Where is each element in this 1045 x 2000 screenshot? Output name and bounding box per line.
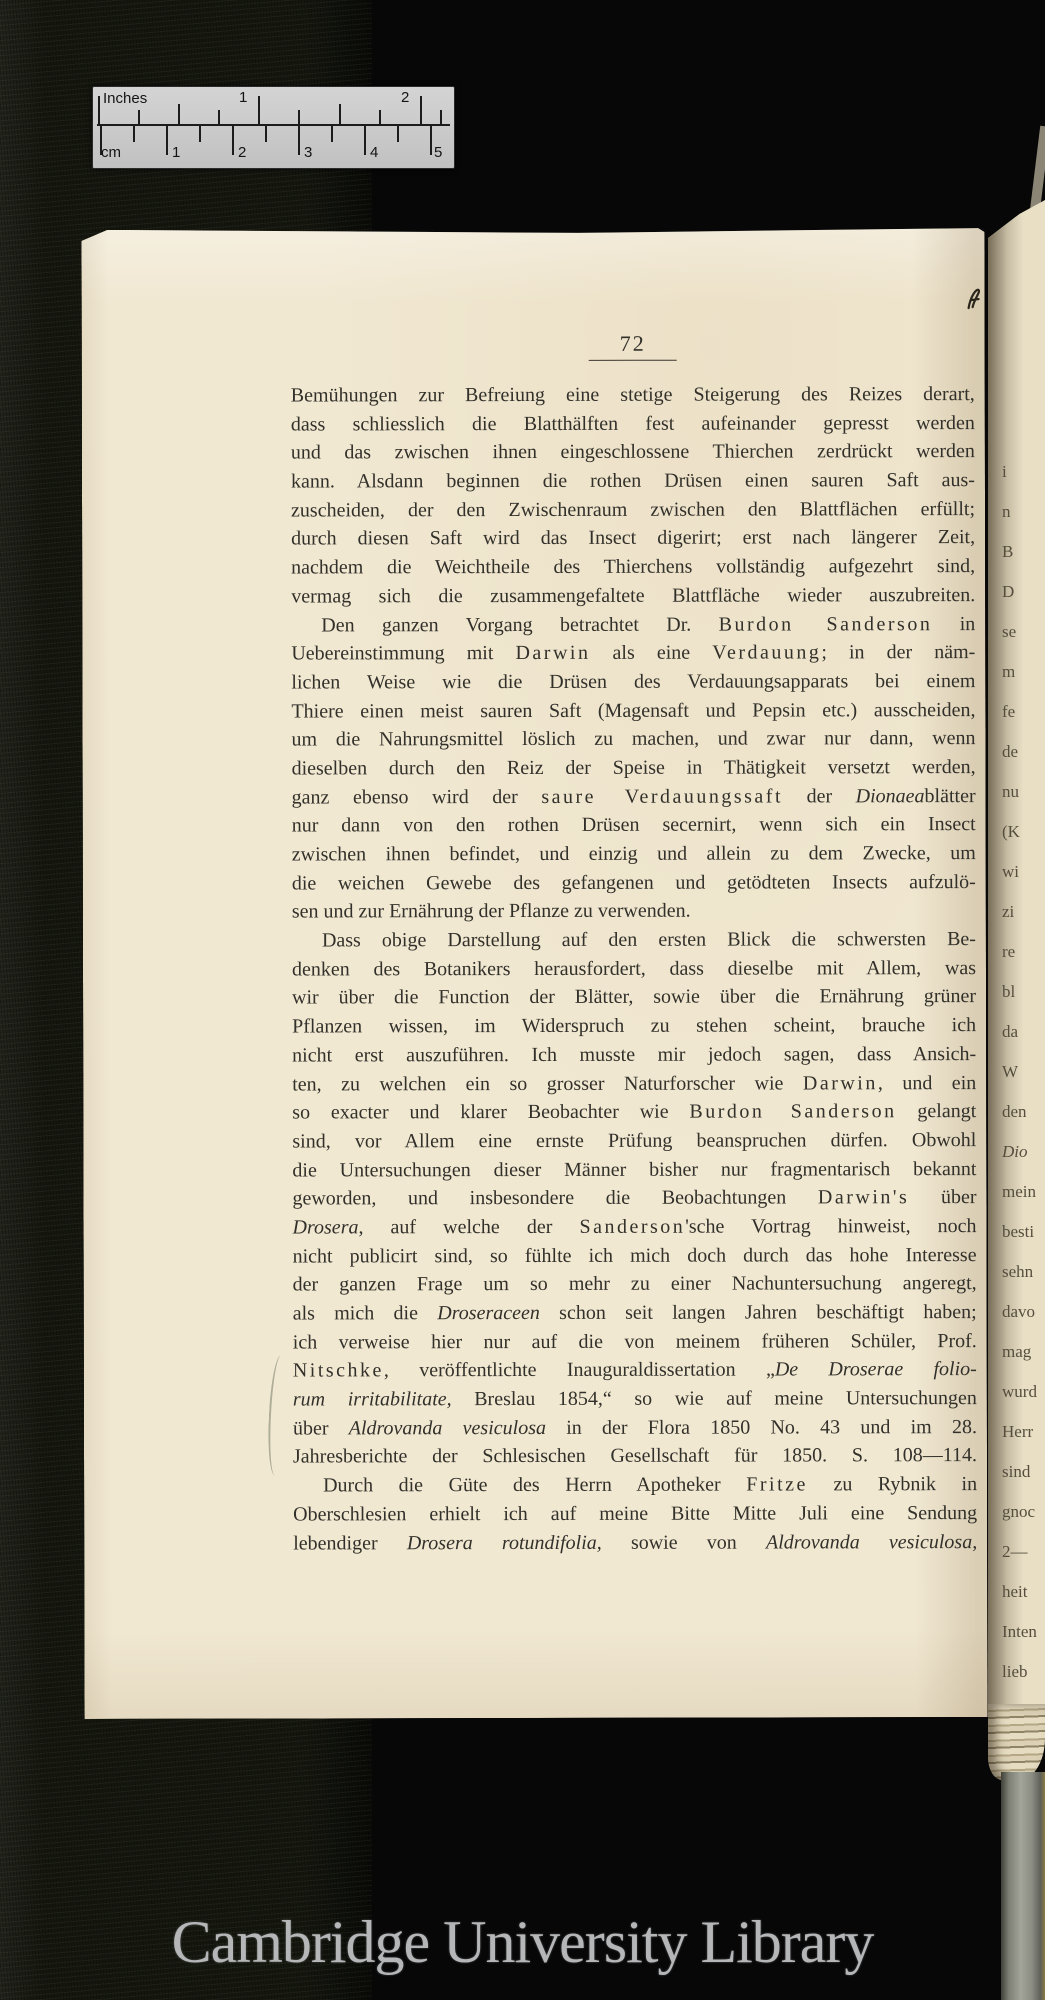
text-line: die weichen Gewebe des gefangenen und ge… bbox=[292, 868, 976, 898]
page-edge-text-fragment: nu bbox=[1002, 772, 1044, 812]
page-edge-text-fragment: heit bbox=[1002, 1572, 1044, 1612]
page-edge-text-fragment: da bbox=[1002, 1012, 1044, 1052]
text-line: dass schliesslich die Blatthälften fest … bbox=[291, 409, 975, 439]
text-line: Jahresberichte der Schlesischen Gesellsc… bbox=[293, 1442, 977, 1472]
page-edge-fragments: inBDsemfedenu(KwizirebldaWdenDiomeinbest… bbox=[1002, 452, 1044, 1692]
page-edge-text-fragment: Inten bbox=[1002, 1612, 1044, 1652]
text-line: geworden, und insbesondere die Beobachtu… bbox=[292, 1183, 976, 1213]
page-edge-text-fragment: mag bbox=[1002, 1332, 1044, 1372]
page-number-rule bbox=[589, 360, 677, 361]
text-line: vermag sich die zusammengefaltete Blattf… bbox=[291, 581, 975, 611]
paragraph: Bemühungen zur Befreiung eine stetige St… bbox=[291, 380, 975, 611]
text-line: so exacter und klarer Beobachter wie Bur… bbox=[292, 1097, 976, 1127]
page-edge-text-fragment: wurd bbox=[1002, 1372, 1044, 1412]
page-edge-text-fragment: bl bbox=[1002, 972, 1044, 1012]
ruler-cm-3: 3 bbox=[304, 144, 312, 161]
text-line: zwischen ihnen befindet, und einzig und … bbox=[292, 839, 976, 869]
page-edge-text-fragment: lieb bbox=[1002, 1652, 1044, 1692]
text-line: ganz ebenso wird der saure Verdauungssaf… bbox=[292, 782, 976, 812]
text-line: Den ganzen Vorgang betrachtet Dr. Burdon… bbox=[291, 610, 975, 640]
ruler-cm-4: 4 bbox=[370, 144, 378, 161]
text-line: Durch die Güte des Herrn Apotheker Fritz… bbox=[293, 1470, 977, 1500]
text-line: über Aldrovanda vesiculosa in der Flora … bbox=[293, 1413, 977, 1443]
text-line: zuscheiden, der den Zwischenraum zwische… bbox=[291, 495, 975, 525]
paragraph: Den ganzen Vorgang betrachtet Dr. Burdon… bbox=[291, 610, 976, 927]
text-line: Dass obige Darstellung auf den ersten Bl… bbox=[292, 925, 976, 955]
page-edge-text-fragment: besti bbox=[1002, 1212, 1044, 1252]
page-edge-text-fragment: sind bbox=[1002, 1452, 1044, 1492]
ruler-cm-1: 1 bbox=[172, 144, 180, 161]
text-line: Thiere einen meist sauren Saft (Magensaf… bbox=[291, 696, 975, 726]
page-edge-text-fragment: (K bbox=[1002, 812, 1044, 852]
text-line: lebendiger Drosera rotundifolia, sowie v… bbox=[293, 1528, 977, 1558]
text-line: nicht erst auszuführen. Ich musste mir j… bbox=[292, 1040, 976, 1070]
paragraph: Durch die Güte des Herrn Apotheker Fritz… bbox=[293, 1470, 977, 1557]
page-edge-text-fragment: n bbox=[1002, 492, 1044, 532]
ruler-unit-inches: Inches bbox=[103, 90, 147, 107]
page-edge-text-fragment: W bbox=[1002, 1052, 1044, 1092]
page-edge-text-fragment: de bbox=[1002, 732, 1044, 772]
text-line: Bemühungen zur Befreiung eine stetige St… bbox=[291, 380, 975, 410]
page-edge-text-fragment: wi bbox=[1002, 852, 1044, 892]
ruler-cm-5: 5 bbox=[434, 144, 442, 161]
page-number-value: 72 bbox=[620, 331, 646, 356]
text-line: als mich die Droseraceen schon seit lang… bbox=[293, 1298, 977, 1328]
text-line: sind, vor Allem eine ernste Prüfung bean… bbox=[292, 1126, 976, 1156]
page-edge-text-fragment: mein bbox=[1002, 1172, 1044, 1212]
ruler-unit-cm: cm bbox=[101, 144, 121, 161]
page-edge-text-fragment: se bbox=[1002, 612, 1044, 652]
scanned-page: 72 Bemühungen zur Befreiung eine stetige… bbox=[81, 228, 987, 1719]
page-edge-text-fragment: B bbox=[1002, 532, 1044, 572]
ink-mark bbox=[966, 286, 984, 310]
next-page-edge: inBDsemfedenu(KwizirebldaWdenDiomeinbest… bbox=[988, 200, 1045, 1712]
page-edge-text-fragment: gnoc bbox=[1002, 1492, 1044, 1532]
pencil-margin-mark bbox=[266, 1355, 290, 1476]
text-line: nicht publicirt sind, so fühlte ich mich… bbox=[293, 1241, 977, 1271]
page-edge-text-fragment: 2— bbox=[1002, 1532, 1044, 1572]
text-line: Oberschlesien erhielt ich auf meine Bitt… bbox=[293, 1499, 977, 1529]
text-line: nur dann von den rothen Drüsen secernirt… bbox=[292, 810, 976, 840]
page-curl bbox=[988, 1704, 1045, 1780]
page-edge-text-fragment: fe bbox=[1002, 692, 1044, 732]
page-edge-text-fragment: sehn bbox=[1002, 1252, 1044, 1292]
page-edge-text-fragment: Dio bbox=[1002, 1132, 1044, 1172]
page-edge-text-fragment: m bbox=[1002, 652, 1044, 692]
library-scan-photo: Inches 1 2 cm 1 2 3 4 5 72 Bemühungen zu… bbox=[0, 0, 1045, 2000]
text-line: ich verweise hier nur auf die von meinem… bbox=[293, 1327, 977, 1357]
page-edge-text-fragment: re bbox=[1002, 932, 1044, 972]
paragraph: Dass obige Darstellung auf den ersten Bl… bbox=[292, 925, 977, 1471]
text-line: Pflanzen wissen, im Widerspruch zu stehe… bbox=[292, 1011, 976, 1041]
page-edge-text-fragment: i bbox=[1002, 452, 1044, 492]
text-line: Nitschke, veröffentlichte Inauguraldisse… bbox=[293, 1355, 977, 1385]
page-edge-hint bbox=[1030, 126, 1045, 213]
text-line: der ganzen Frage um so mehr zu einer Nac… bbox=[293, 1269, 977, 1299]
ruler-cm-2: 2 bbox=[238, 144, 246, 161]
ruler-inch-1: 1 bbox=[239, 89, 247, 106]
text-line: Uebereinstimmung mit Darwin als eine Ver… bbox=[291, 638, 975, 668]
text-line: wir über die Function der Blätter, sowie… bbox=[292, 983, 976, 1013]
page-edge-text-fragment: D bbox=[1002, 572, 1044, 612]
page-edge-text-fragment: Herr bbox=[1002, 1412, 1044, 1452]
text-line: rum irritabilitate, Breslau 1854,“ so wi… bbox=[293, 1384, 977, 1414]
text-line: um die Nahrungsmittel löslich zu machen,… bbox=[291, 724, 975, 754]
text-line: und das zwischen ihnen eingeschlossene T… bbox=[291, 437, 975, 467]
page-edge-text-fragment: davo bbox=[1002, 1292, 1044, 1332]
text-line: Drosera, auf welche der Sanderson'sche V… bbox=[293, 1212, 977, 1242]
library-watermark: Cambridge University Library bbox=[0, 1908, 1045, 1977]
text-line: denken des Botanikers herausfordert, das… bbox=[292, 954, 976, 984]
text-line: lichen Weise wie die Drüsen des Verdauun… bbox=[291, 667, 975, 697]
page-edge-text-fragment: den bbox=[1002, 1092, 1044, 1132]
text-line: ten, zu welchen ein so grosser Naturfors… bbox=[292, 1069, 976, 1099]
page-text: Bemühungen zur Befreiung eine stetige St… bbox=[291, 380, 977, 1558]
page-edge-text-fragment: zi bbox=[1002, 892, 1044, 932]
text-line: dieselben durch den Reiz der Speise in T… bbox=[292, 753, 976, 783]
text-line: durch diesen Saft wird das Insect digeri… bbox=[291, 524, 975, 554]
ruler: Inches 1 2 cm 1 2 3 4 5 bbox=[92, 86, 455, 169]
ruler-inch-2: 2 bbox=[401, 89, 409, 106]
text-line: sen und zur Ernährung der Pflanze zu ver… bbox=[292, 896, 976, 926]
text-line: die Untersuchungen dieser Männer bisher … bbox=[292, 1155, 976, 1185]
text-line: kann. Alsdann beginnen die rothen Drüsen… bbox=[291, 466, 975, 496]
page-number: 72 bbox=[291, 332, 975, 361]
text-line: nachdem die Weichtheile des Thierchens v… bbox=[291, 552, 975, 582]
